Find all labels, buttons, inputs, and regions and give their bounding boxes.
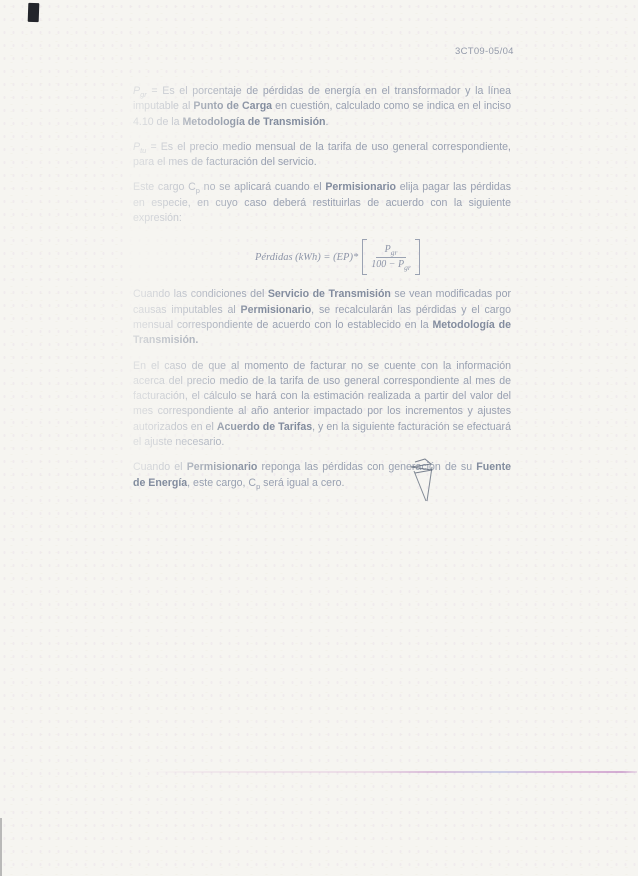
formula-fraction: Pgr 100 − Pgr	[371, 244, 411, 271]
paragraph: Pgr = Es el porcentaje de pérdidas de en…	[133, 84, 511, 130]
scanner-streak-line	[148, 771, 637, 773]
paragraph: Este cargo Cp no se aplicará cuando el P…	[133, 180, 511, 226]
paragraph: Cuando las condiciones del Servicio de T…	[133, 287, 511, 348]
scanned-page: 3CT09-05/04 Pgr = Es el porcentaje de pé…	[0, 0, 638, 876]
paragraph: Cuando el Permisionario reponga las pérd…	[133, 460, 511, 491]
scan-corner-mark	[28, 3, 40, 22]
paragraphs-top: Pgr = Es el porcentaje de pérdidas de en…	[133, 84, 511, 226]
document-body: Pgr = Es el porcentaje de pérdidas de en…	[133, 84, 511, 501]
paragraphs-bottom: Cuando las condiciones del Servicio de T…	[133, 287, 511, 491]
page-edge-shadow	[0, 818, 2, 876]
fraction-denominator: 100 − Pgr	[371, 258, 411, 271]
fraction-numerator: Pgr	[376, 244, 407, 258]
paragraph: Ptu = Es el precio medio mensual de la t…	[133, 140, 511, 171]
document-code: 3CT09-05/04	[455, 46, 514, 57]
formula-perdidas: Pérdidas (kWh) = (EP)* Pgr 100 − Pgr	[255, 239, 511, 275]
formula-lead: Pérdidas (kWh) = (EP)*	[255, 250, 358, 265]
paragraph: En el caso de que al momento de facturar…	[133, 359, 511, 451]
pen-scribble-icon	[406, 457, 438, 505]
bracket-right-icon	[415, 239, 420, 275]
bracket-left-icon	[362, 239, 367, 275]
